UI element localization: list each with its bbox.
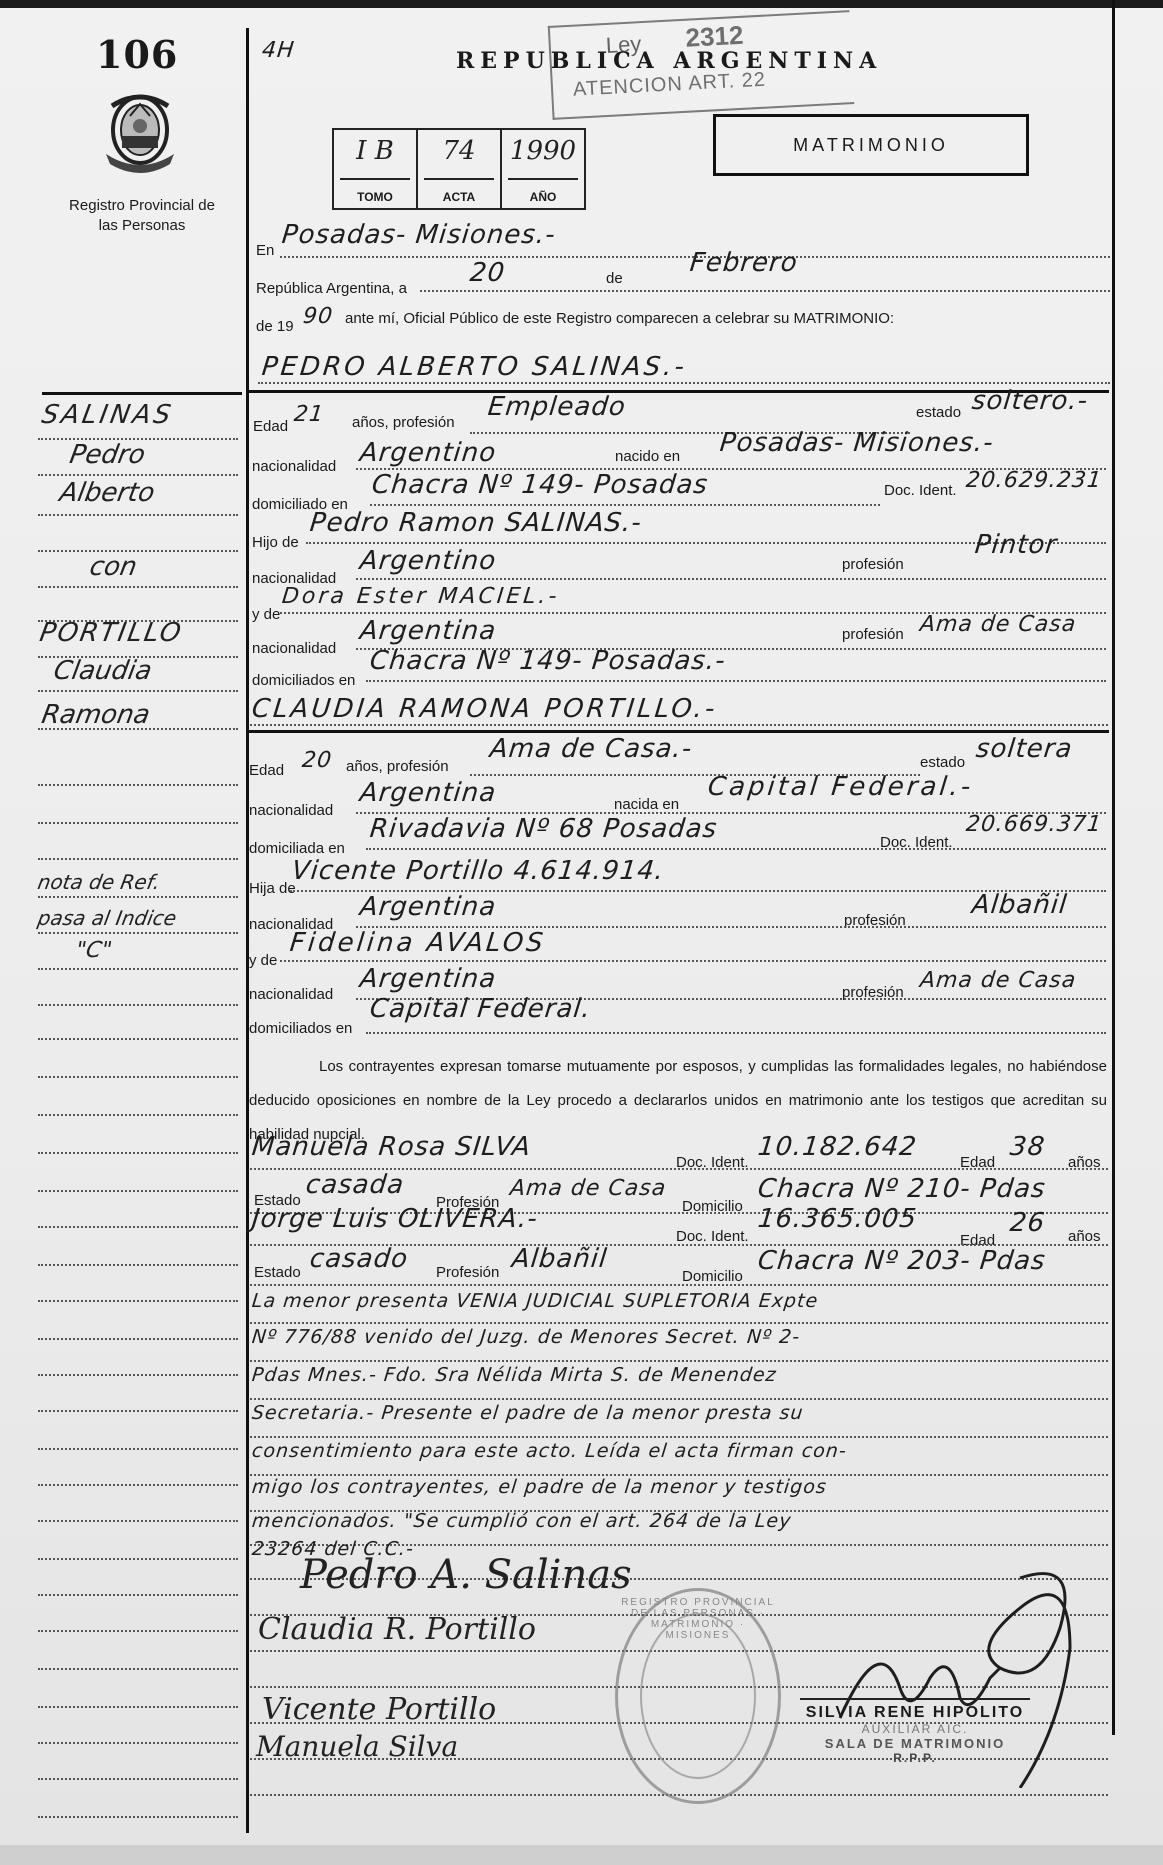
margin-groom-first: Pedro (67, 440, 147, 470)
margin-con: con (87, 552, 139, 582)
witness-2-estado-label: Estado (254, 1264, 301, 1281)
margin-rule (38, 586, 238, 588)
bride-mother-profession: Ama de Casa (919, 968, 1078, 993)
groom-address: Chacra Nº 149- Posadas (370, 470, 709, 500)
month-value: Febrero (688, 248, 799, 278)
tomo-cell: I B TOMO (334, 130, 418, 208)
witness-2-age: 26 (1008, 1208, 1046, 1238)
margin-rule (38, 784, 238, 786)
note-line-6: migo los contrayentes, el padre de la me… (251, 1476, 828, 1498)
tomo-acta-anio-box: I B TOMO 74 ACTA 1990 AÑO (332, 128, 586, 210)
witness-1-marital-status: casada (304, 1170, 405, 1200)
margin-rule (38, 1558, 238, 1560)
groom-full-name: PEDRO ALBERTO SALINAS.- (260, 352, 688, 382)
witness-2-dom-label: Domicilio (682, 1268, 743, 1285)
day-value: 20 (468, 258, 506, 288)
bride-father-profession: Albañil (970, 890, 1069, 920)
margin-rule (38, 1484, 238, 1486)
note-line-1: La menor presenta VENIA JUDICIAL SUPLETO… (251, 1290, 820, 1312)
witness-2-address: Chacra Nº 203- Pdas (756, 1246, 1047, 1276)
groom-nationality: Argentino (358, 438, 497, 468)
official-seal-text: REGISTRO PROVINCIAL DE LAS PERSONAS · MA… (618, 1597, 778, 1641)
bride-mother-nationality: Argentina (358, 964, 497, 994)
witness-2-marital-status: casado (308, 1244, 409, 1274)
republica-label: República Argentina, a (256, 280, 407, 297)
groom-mother-nationality: Argentina (358, 616, 497, 646)
margin-rule (38, 1778, 238, 1780)
de-label: de (606, 270, 623, 287)
witness-1-age: 38 (1008, 1132, 1046, 1162)
bride-nationality: Argentina (358, 778, 497, 808)
margin-top-rule (42, 392, 242, 395)
bride-father-name: Vicente Portillo 4.614.914. (290, 856, 665, 886)
scan-bottom-edge (0, 1845, 1163, 1865)
margin-note-line-3: "C" (74, 938, 114, 963)
acta-cell: 74 ACTA (418, 130, 502, 208)
margin-rule (38, 1226, 238, 1228)
groom-nationality-label: nacionalidad (252, 458, 336, 475)
margin-rule (38, 1300, 238, 1302)
rule (250, 1436, 1108, 1438)
note-line-4: Secretaria.- Presente el padre de la men… (251, 1402, 805, 1424)
groom-parents-address: Chacra Nº 149- Posadas.- (368, 646, 727, 676)
acta-label: ACTA (418, 190, 500, 204)
groom-mother-profession: Ama de Casa (919, 612, 1078, 637)
margin-rule (38, 932, 238, 934)
intro-statement: ante mí, Oficial Público de este Registr… (345, 310, 894, 327)
groom-parents-dom-label: domiciliados en (252, 672, 355, 689)
country-title: REPUBLICA ARGENTINA (456, 48, 882, 74)
bride-marital-status: soltera (974, 734, 1074, 764)
rule (250, 1360, 1108, 1362)
official-block: SILVIA RENE HIPOLITO AUXILIAR AIC. SALA … (800, 1698, 1030, 1765)
margin-rule (38, 1114, 238, 1116)
anio-label: AÑO (502, 190, 584, 204)
note-line-2: Nº 776/88 venido del Juzg. de Menores Se… (251, 1326, 802, 1348)
witness-1-doc-number: 10.182.642 (756, 1132, 918, 1162)
year-prefix-label: de 19 (256, 318, 294, 335)
witness-1-profession: Ama de Casa (509, 1176, 668, 1201)
witness-2-doc-label: Doc. Ident. (676, 1228, 749, 1245)
rule (250, 1322, 1108, 1324)
margin-rule (38, 1816, 238, 1818)
witness-1-address: Chacra Nº 210- Pdas (756, 1174, 1047, 1204)
margin-rule (38, 1004, 238, 1006)
bride-full-name: CLAUDIA RAMONA PORTILLO.- (250, 694, 719, 724)
rule (370, 504, 880, 506)
official-department: SALA DE MATRIMONIO (800, 1736, 1030, 1751)
margin-rule (38, 1374, 238, 1376)
rule (420, 290, 1110, 292)
margin-rule (38, 1264, 238, 1266)
signature-bride-father: Vicente Portillo (262, 1692, 496, 1727)
official-name: SILVIA RENE HIPOLITO (800, 1704, 1030, 1722)
anio-cell: 1990 AÑO (502, 130, 584, 208)
bride-mother-label: y de (249, 952, 277, 969)
witness-1-name: Manuela Rosa SILVA (250, 1132, 532, 1162)
anio-value: 1990 (508, 136, 578, 180)
margin-note-line-1: nota de Ref. (36, 870, 162, 894)
official-seal: REGISTRO PROVINCIAL DE LAS PERSONAS · MA… (615, 1588, 781, 1804)
margin-rule (38, 1668, 238, 1670)
rule (366, 848, 1106, 850)
bride-birthplace-label: nacida en (614, 796, 679, 813)
signature-witness: Manuela Silva (256, 1730, 458, 1763)
groom-father-prof-label: profesión (842, 556, 904, 573)
rule (250, 1284, 1108, 1286)
margin-rule (38, 1520, 238, 1522)
bride-mother-nat-label: nacionalidad (249, 986, 333, 1003)
rule (250, 724, 1108, 726)
note-line-5: consentimiento para este acto. Leída el … (251, 1440, 848, 1462)
groom-marital-status: soltero.- (970, 386, 1089, 416)
bride-profesion-label: años, profesión (346, 758, 449, 775)
margin-note-line-2: pasa al Indice (36, 906, 179, 930)
bride-birthplace: Capital Federal.- (706, 772, 975, 802)
rule (366, 1032, 1106, 1034)
tomo-label: TOMO (334, 190, 416, 204)
witness-2-prof-label: Profesión (436, 1264, 499, 1281)
groom-doc-number: 20.629.231 (965, 468, 1104, 493)
groom-edad-label: Edad (253, 418, 288, 435)
margin-rule (38, 1594, 238, 1596)
groom-mother-prof-label: profesión (842, 626, 904, 643)
acta-value: 74 (424, 136, 494, 180)
note-line-3: Pdas Mnes.- Fdo. Sra Nélida Mirta S. de … (251, 1364, 778, 1386)
bride-parents-address: Capital Federal. (368, 994, 592, 1024)
margin-rule (38, 1742, 238, 1744)
margin-rule (38, 1630, 238, 1632)
margin-rule (38, 1190, 238, 1192)
groom-father-name: Pedro Ramon SALINAS.- (308, 508, 643, 538)
bride-section-rule (249, 730, 1109, 733)
margin-rule (38, 1338, 238, 1340)
corner-annotation: 4H (261, 38, 296, 63)
margin-rule (38, 690, 238, 692)
en-label: En (256, 242, 274, 259)
folio-number: 106 (96, 32, 178, 77)
witness-2-name: Jorge Luis OLIVERA.- (250, 1204, 539, 1234)
bride-age: 20 (301, 748, 334, 773)
groom-father-profession: Pintor (973, 530, 1058, 560)
provincial-emblem-icon (100, 86, 180, 178)
bride-estado-label: estado (920, 754, 965, 771)
official-role: AUXILIAR AIC. (800, 1722, 1030, 1736)
margin-rule (38, 822, 238, 824)
official-office: R.P.P. (800, 1751, 1030, 1765)
bride-father-label: Hija de (249, 880, 296, 897)
margin-bride-surname: PORTILLO (37, 618, 185, 648)
rule (258, 382, 1110, 384)
groom-mother-label: y de (252, 606, 280, 623)
groom-mother-nat-label: nacionalidad (252, 640, 336, 657)
bride-doc-number: 20.669.371 (965, 812, 1104, 837)
bride-edad-label: Edad (249, 762, 284, 779)
document-type-box: MATRIMONIO (713, 114, 1029, 176)
groom-father-nationality: Argentino (358, 546, 497, 576)
registry-name: Registro Provincial de las Personas (58, 196, 226, 236)
margin-rule (38, 1410, 238, 1412)
bride-nationality-label: nacionalidad (249, 802, 333, 819)
groom-birthplace: Posadas- Misiones.- (718, 428, 995, 458)
tomo-value: I B (340, 136, 410, 180)
witness-2-anos-label: años (1068, 1228, 1101, 1245)
groom-father-label: Hijo de (252, 534, 299, 551)
rule (366, 680, 1106, 682)
bride-address: Rivadavia Nº 68 Posadas (368, 814, 718, 844)
margin-rule (38, 1448, 238, 1450)
bride-profession: Ama de Casa.- (488, 734, 693, 764)
margin-rule (38, 1152, 238, 1154)
bride-parents-dom-label: domiciliados en (249, 1020, 352, 1037)
margin-rule (38, 1076, 238, 1078)
bride-mother-name: Fidelina AVALOS (288, 928, 547, 958)
year-suffix-value: 90 (302, 304, 335, 329)
witness-2-doc-number: 16.365.005 (756, 1204, 918, 1234)
groom-birthplace-label: nacido en (615, 448, 680, 465)
margin-rule (38, 968, 238, 970)
groom-profesion-label: años, profesión (352, 414, 455, 431)
groom-estado-label: estado (916, 404, 961, 421)
rule (356, 578, 1106, 580)
margin-rule (38, 858, 238, 860)
groom-doc-label: Doc. Ident. (884, 482, 957, 499)
margin-rule (38, 1706, 238, 1708)
signature-groom: Pedro A. Salinas (300, 1552, 632, 1598)
margin-groom-middle: Alberto (57, 478, 157, 508)
signature-bride: Claudia R. Portillo (258, 1612, 536, 1647)
bride-address-label: domiciliada en (249, 840, 345, 857)
margin-bride-middle: Ramona (39, 700, 152, 730)
right-border (1112, 0, 1115, 1735)
margin-rule (38, 474, 238, 476)
margin-groom-surname: SALINAS (39, 400, 175, 430)
groom-mother-name: Dora Ester MACIEL.- (281, 584, 561, 609)
rule (280, 960, 1106, 962)
place-value: Posadas- Misiones.- (280, 220, 557, 250)
groom-age: 21 (293, 402, 326, 427)
margin-rule (38, 1038, 238, 1040)
margin-rule (38, 514, 238, 516)
witness-2-profession: Albañil (510, 1244, 609, 1274)
groom-profession: Empleado (486, 392, 627, 422)
bride-father-nationality: Argentina (358, 892, 497, 922)
rule (250, 1398, 1108, 1400)
marriage-certificate-page: 106 Registro Provincial de las Personas … (0, 8, 1163, 1848)
margin-bride-first: Claudia (51, 656, 154, 686)
margin-rule (38, 896, 238, 898)
note-line-7: mencionados. "Se cumplió con el art. 264… (251, 1510, 793, 1532)
